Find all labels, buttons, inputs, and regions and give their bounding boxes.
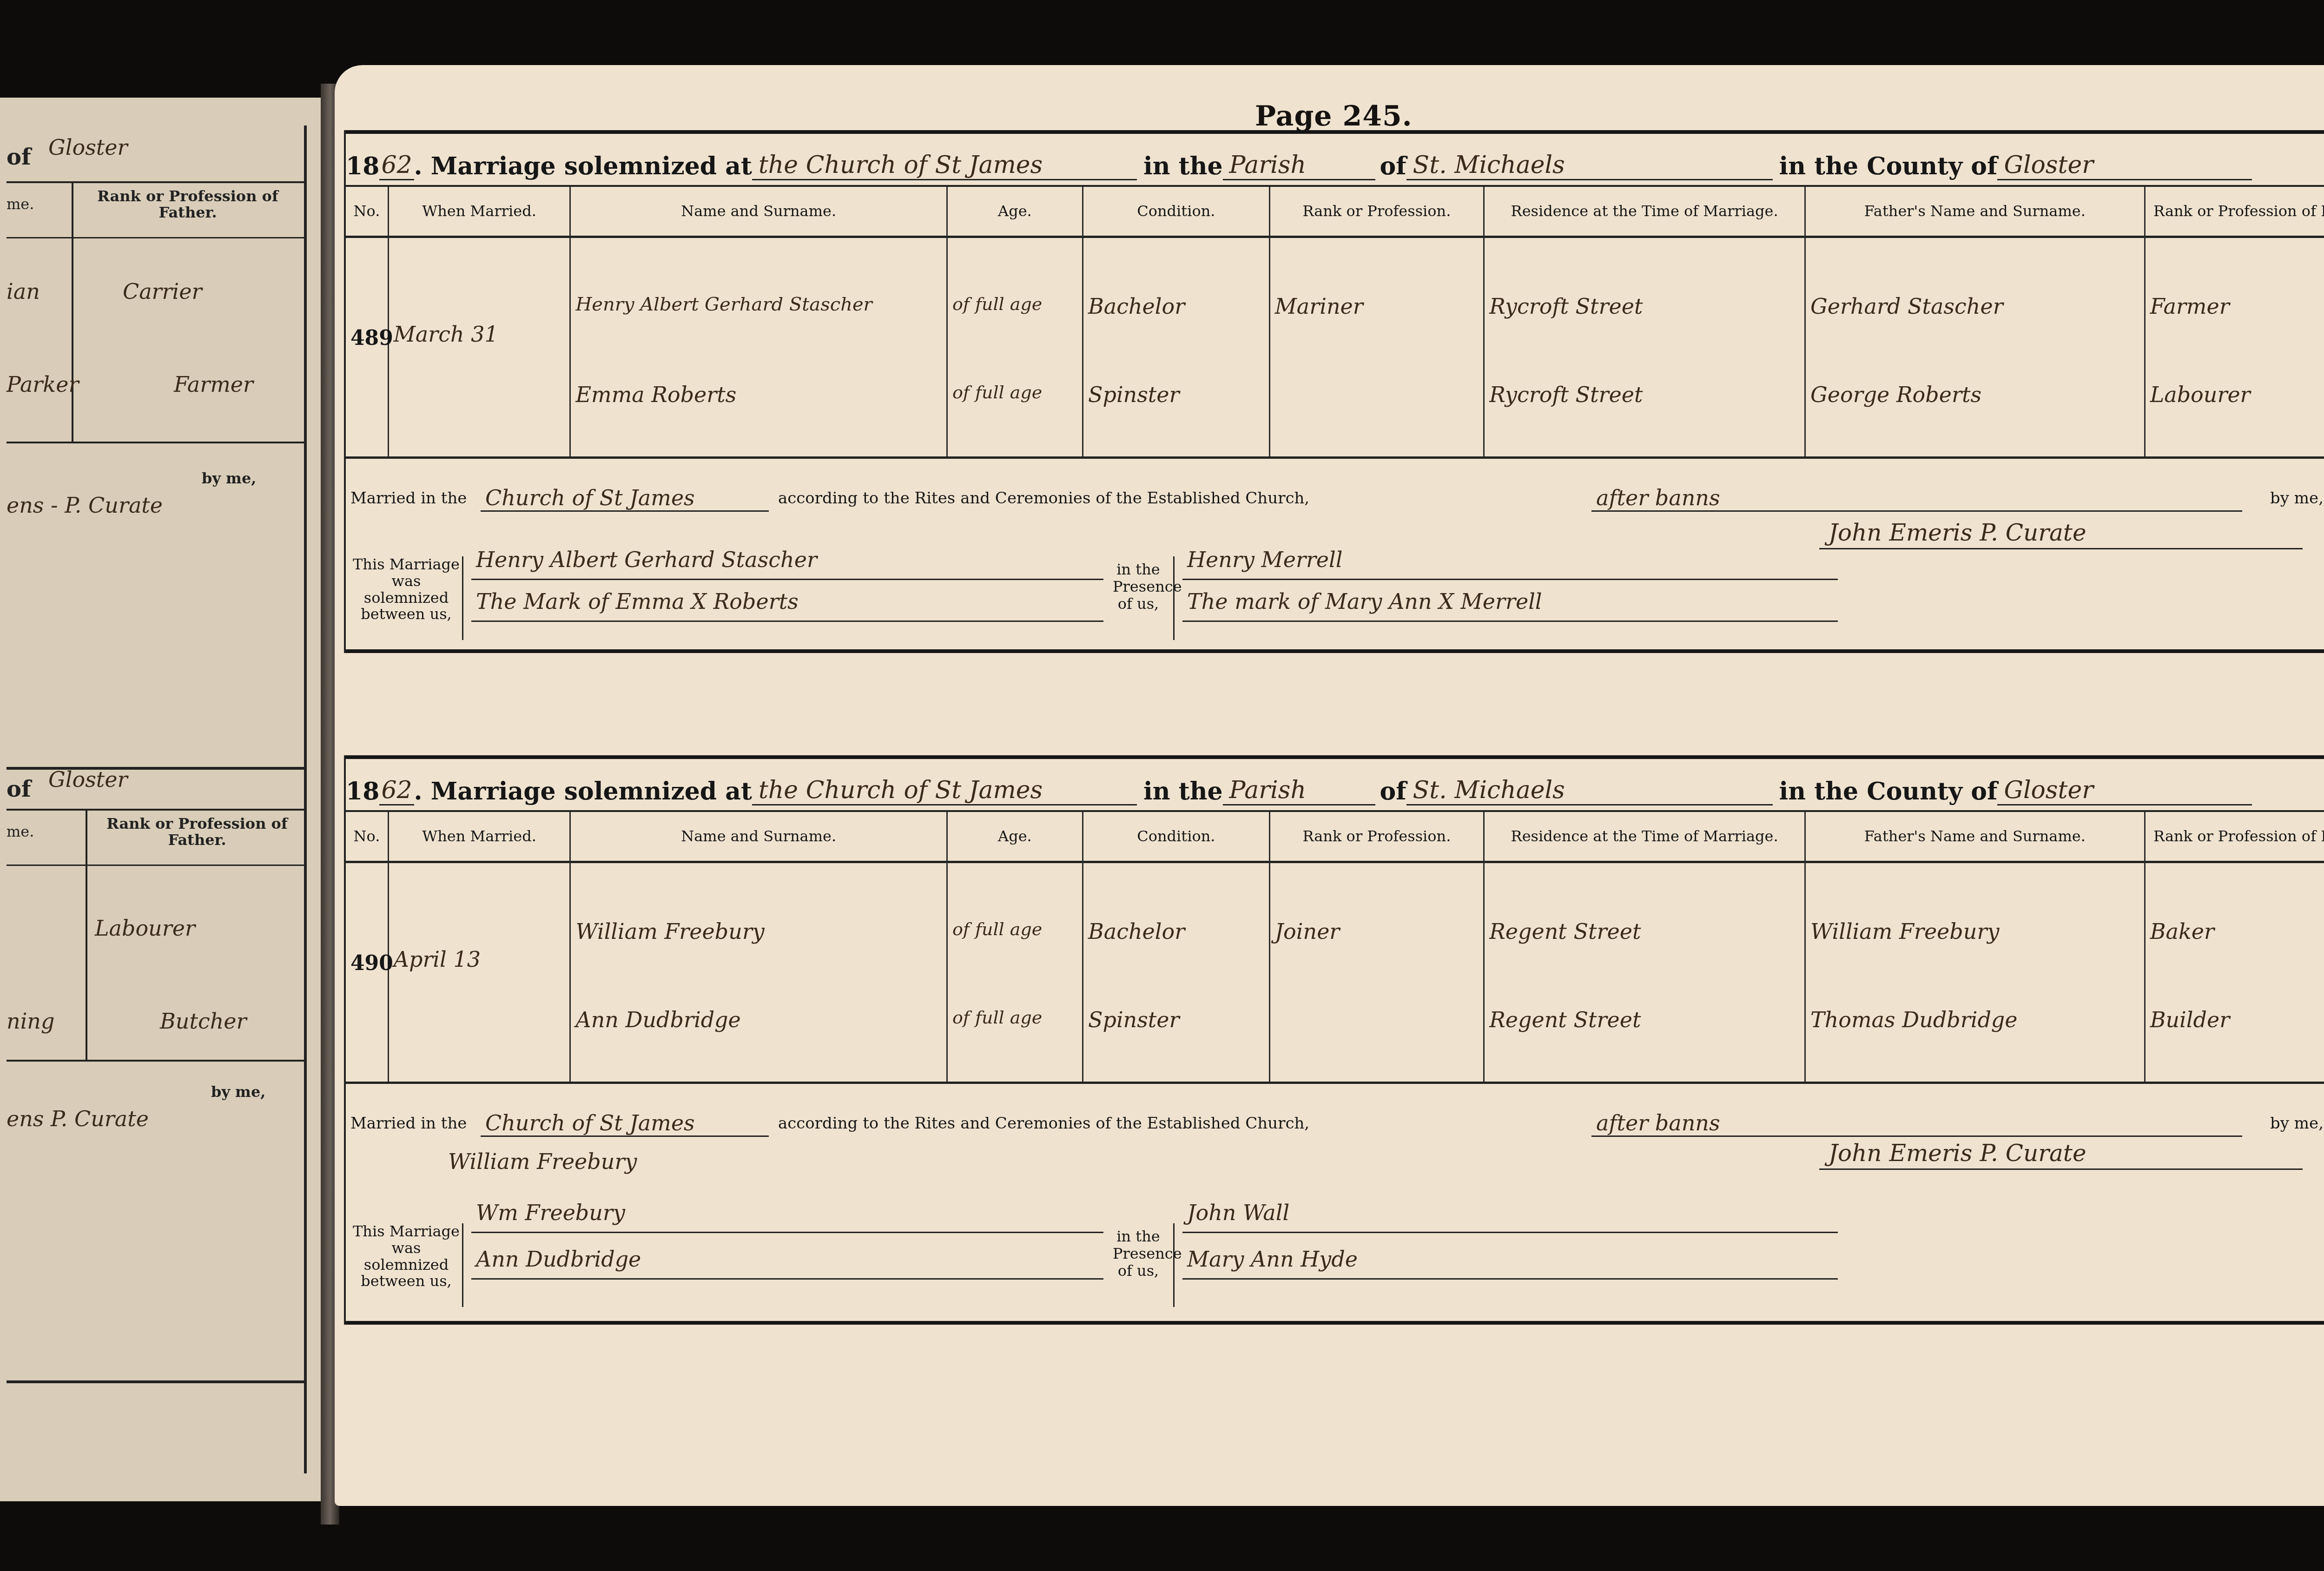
signatures-row: William Freebury This Marriage was solem… bbox=[346, 1154, 2324, 1325]
county-label: in the County of bbox=[1779, 777, 1998, 805]
left-row2-fragment-2: ning bbox=[7, 1009, 54, 1034]
married-in-label: Married in the bbox=[350, 1114, 467, 1133]
col-age: Age.of full ageof full age bbox=[948, 187, 1083, 456]
bride-father: Thomas Dudbridge bbox=[1810, 1007, 2141, 1032]
col-father-rank: Rank or Profession of Father.BakerBuilde… bbox=[2146, 812, 2324, 1082]
married-in-field: Church of St James bbox=[481, 485, 769, 512]
entry-table: No.489 When Married.March 31 Name and Su… bbox=[346, 187, 2324, 459]
left-officiant: ens - P. Curate bbox=[7, 493, 163, 518]
bride-age: of full age bbox=[952, 382, 1079, 403]
party-signature-groom: Henry Albert Gerhard Stascher bbox=[471, 547, 1103, 580]
entry-number: 489 bbox=[350, 326, 385, 350]
when-married: March 31 bbox=[394, 322, 567, 347]
left-page-table: of Gloster me. Rank or Profession of Fat… bbox=[7, 125, 307, 1473]
marriage-entry-489: 18 62 . Marriage solemnized at the Churc… bbox=[344, 130, 2324, 653]
of-label: of bbox=[1380, 777, 1406, 805]
groom-rank: Mariner bbox=[1275, 294, 1481, 319]
col-header-age: Age. bbox=[948, 812, 1082, 863]
presence-label: in the Presence of us, bbox=[1113, 561, 1164, 612]
groom-condition: Bachelor bbox=[1088, 294, 1266, 319]
party-signature-bride: Ann Dudbridge bbox=[471, 1247, 1103, 1280]
year-suffix: 62 bbox=[379, 776, 414, 805]
col-father: Father's Name and Surname.William Freebu… bbox=[1806, 812, 2146, 1082]
when-married: April 13 bbox=[394, 947, 567, 972]
col-name: Name and Surname.Henry Albert Gerhard St… bbox=[571, 187, 947, 456]
left-col-fragment: me. bbox=[7, 195, 34, 213]
solemnized-label: . Marriage solemnized at bbox=[414, 152, 752, 180]
left-facing-page: of Gloster me. Rank or Profession of Fat… bbox=[0, 98, 324, 1501]
col-header-condition: Condition. bbox=[1083, 812, 1269, 863]
groom-name: Henry Albert Gerhard Stascher bbox=[575, 294, 943, 315]
col-header-rank: Rank or Profession. bbox=[1270, 187, 1484, 238]
col-rank: Rank or Profession.Joiner bbox=[1270, 812, 1485, 1082]
place-field: the Church of St James bbox=[752, 776, 1137, 805]
col-header-age: Age. bbox=[948, 187, 1082, 238]
col-header-when: When Married. bbox=[389, 187, 570, 238]
left-county-label: of bbox=[7, 144, 31, 170]
groom-condition: Bachelor bbox=[1088, 919, 1266, 944]
col-when: When Married.April 13 bbox=[389, 812, 571, 1082]
county-label: in the County of bbox=[1779, 152, 1998, 180]
year-prefix: 18 bbox=[346, 777, 379, 805]
married-in-field: Church of St James bbox=[481, 1110, 769, 1137]
col-no: No.490 bbox=[346, 812, 389, 1082]
left-row2-value-2: Butcher bbox=[160, 1009, 247, 1034]
groom-residence: Rycroft Street bbox=[1489, 294, 1802, 319]
witness-2: Mary Ann Hyde bbox=[1182, 1247, 1838, 1280]
by-me-label: by me, bbox=[2270, 489, 2324, 508]
col-residence: Residence at the Time of Marriage.Regent… bbox=[1485, 812, 1806, 1082]
left-row1-fragment: ian bbox=[7, 279, 40, 304]
groom-father-rank: Baker bbox=[2150, 919, 2324, 944]
col-rank: Rank or Profession.Mariner bbox=[1270, 187, 1485, 456]
left-county-label-2: of bbox=[7, 776, 31, 802]
left-col-header: Rank or Profession of Father. bbox=[86, 188, 290, 221]
left-col-header-2: Rank or Profession of Father. bbox=[95, 816, 299, 848]
witness-1: John Wall bbox=[1182, 1200, 1838, 1233]
district-field: St. Michaels bbox=[1406, 776, 1773, 805]
col-residence: Residence at the Time of Marriage.Rycrof… bbox=[1485, 187, 1806, 456]
col-header-father: Father's Name and Surname. bbox=[1806, 812, 2144, 863]
solemnized-label: . Marriage solemnized at bbox=[414, 777, 752, 805]
col-header-name: Name and Surname. bbox=[571, 187, 946, 238]
col-header-when: When Married. bbox=[389, 812, 570, 863]
solemnized-between-label: This Marriage was solemnized between us, bbox=[350, 1223, 462, 1290]
col-header-no: No. bbox=[346, 187, 388, 238]
year-suffix: 62 bbox=[379, 151, 414, 180]
in-the-label: in the bbox=[1143, 152, 1223, 180]
groom-rank: Joiner bbox=[1275, 919, 1481, 944]
col-father-rank: Rank or Profession of Father.FarmerLabou… bbox=[2146, 187, 2324, 456]
district-field: St. Michaels bbox=[1406, 151, 1773, 180]
entry-header: 18 62 . Marriage solemnized at the Churc… bbox=[346, 755, 2324, 812]
col-header-father: Father's Name and Surname. bbox=[1806, 187, 2144, 238]
col-no: No.489 bbox=[346, 187, 389, 456]
marriage-entry-490: 18 62 . Marriage solemnized at the Churc… bbox=[344, 755, 2324, 1325]
married-in-row: Married in the Church of St James accord… bbox=[346, 1084, 2324, 1154]
col-header-rank: Rank or Profession. bbox=[1270, 812, 1484, 863]
col-header-father-rank: Rank or Profession of Father. bbox=[2146, 812, 2324, 863]
rites-label: according to the Rites and Ceremonies of… bbox=[778, 1114, 1309, 1133]
col-condition: Condition.BachelorSpinster bbox=[1083, 812, 1270, 1082]
party-signature-bride: The Mark of Emma X Roberts bbox=[471, 589, 1103, 622]
of-label: of bbox=[1380, 152, 1406, 180]
bride-name: Emma Roberts bbox=[575, 382, 943, 407]
left-row2-fragment: Parker bbox=[7, 372, 79, 397]
left-row2-value: Farmer bbox=[174, 372, 253, 397]
bride-residence: Regent Street bbox=[1489, 1007, 1802, 1032]
col-header-name: Name and Surname. bbox=[571, 812, 946, 863]
banns-field: after banns bbox=[1591, 485, 2242, 512]
col-father: Father's Name and Surname.Gerhard Stasch… bbox=[1806, 187, 2146, 456]
witness-1: Henry Merrell bbox=[1182, 547, 1838, 580]
banns-field: after banns bbox=[1591, 1110, 2242, 1137]
presence-label: in the Presence of us, bbox=[1113, 1228, 1164, 1279]
left-row1-value-2: Labourer bbox=[95, 916, 195, 941]
groom-age: of full age bbox=[952, 919, 1079, 939]
col-header-condition: Condition. bbox=[1083, 187, 1269, 238]
rites-label: according to the Rites and Ceremonies of… bbox=[778, 489, 1309, 508]
left-officiant-2: ens P. Curate bbox=[7, 1106, 149, 1131]
bride-father-rank: Labourer bbox=[2150, 382, 2324, 407]
entry-table: No.490 When Married.April 13 Name and Su… bbox=[346, 812, 2324, 1084]
groom-father: William Freebury bbox=[1810, 919, 2141, 944]
bride-age: of full age bbox=[952, 1007, 1079, 1028]
col-header-father-rank: Rank or Profession of Father. bbox=[2146, 187, 2324, 238]
district-type-field: Parish bbox=[1223, 776, 1375, 805]
left-col-fragment-2: me. bbox=[7, 823, 34, 840]
col-header-no: No. bbox=[346, 812, 388, 863]
place-field: the Church of St James bbox=[752, 151, 1137, 180]
bride-father-rank: Builder bbox=[2150, 1007, 2324, 1032]
bride-condition: Spinster bbox=[1088, 382, 1266, 407]
district-type-field: Parish bbox=[1223, 151, 1375, 180]
col-header-residence: Residence at the Time of Marriage. bbox=[1485, 812, 1804, 863]
groom-residence: Regent Street bbox=[1489, 919, 1802, 944]
signatures-row: This Marriage was solemnized between us,… bbox=[346, 528, 2324, 653]
left-county-value-2: Gloster bbox=[48, 767, 127, 792]
in-the-label: in the bbox=[1143, 777, 1223, 805]
married-in-label: Married in the bbox=[350, 489, 467, 508]
col-condition: Condition.BachelorSpinster bbox=[1083, 187, 1270, 456]
page-number: Page 245. bbox=[1255, 100, 1413, 132]
married-in-row: Married in the Church of St James accord… bbox=[346, 459, 2324, 528]
witness-2: The mark of Mary Ann X Merrell bbox=[1182, 589, 1838, 622]
groom-signature-extra: William Freebury bbox=[448, 1149, 637, 1174]
entry-number: 490 bbox=[350, 951, 385, 975]
groom-father-rank: Farmer bbox=[2150, 294, 2324, 319]
col-name: Name and Surname.William FreeburyAnn Dud… bbox=[571, 812, 947, 1082]
bride-father: George Roberts bbox=[1810, 382, 2141, 407]
bride-residence: Rycroft Street bbox=[1489, 382, 1802, 407]
bride-name: Ann Dudbridge bbox=[575, 1007, 943, 1032]
col-header-residence: Residence at the Time of Marriage. bbox=[1485, 187, 1804, 238]
col-age: Age.of full ageof full age bbox=[948, 812, 1083, 1082]
county-field: Gloster bbox=[1997, 151, 2252, 180]
bride-condition: Spinster bbox=[1088, 1007, 1266, 1032]
col-when: When Married.March 31 bbox=[389, 187, 571, 456]
left-by-me: by me, bbox=[202, 469, 256, 487]
party-signature-groom: Wm Freebury bbox=[471, 1200, 1103, 1233]
left-row1-value: Carrier bbox=[123, 279, 202, 304]
left-by-me-2: by me, bbox=[211, 1083, 265, 1101]
entry-header: 18 62 . Marriage solemnized at the Churc… bbox=[346, 130, 2324, 187]
county-field: Gloster bbox=[1997, 776, 2252, 805]
groom-age: of full age bbox=[952, 294, 1079, 314]
solemnized-between-label: This Marriage was solemnized between us, bbox=[350, 556, 462, 623]
year-prefix: 18 bbox=[346, 152, 379, 180]
left-county-value: Gloster bbox=[48, 135, 127, 160]
groom-father: Gerhard Stascher bbox=[1810, 294, 2141, 319]
by-me-label: by me, bbox=[2270, 1114, 2324, 1133]
groom-name: William Freebury bbox=[575, 919, 943, 944]
